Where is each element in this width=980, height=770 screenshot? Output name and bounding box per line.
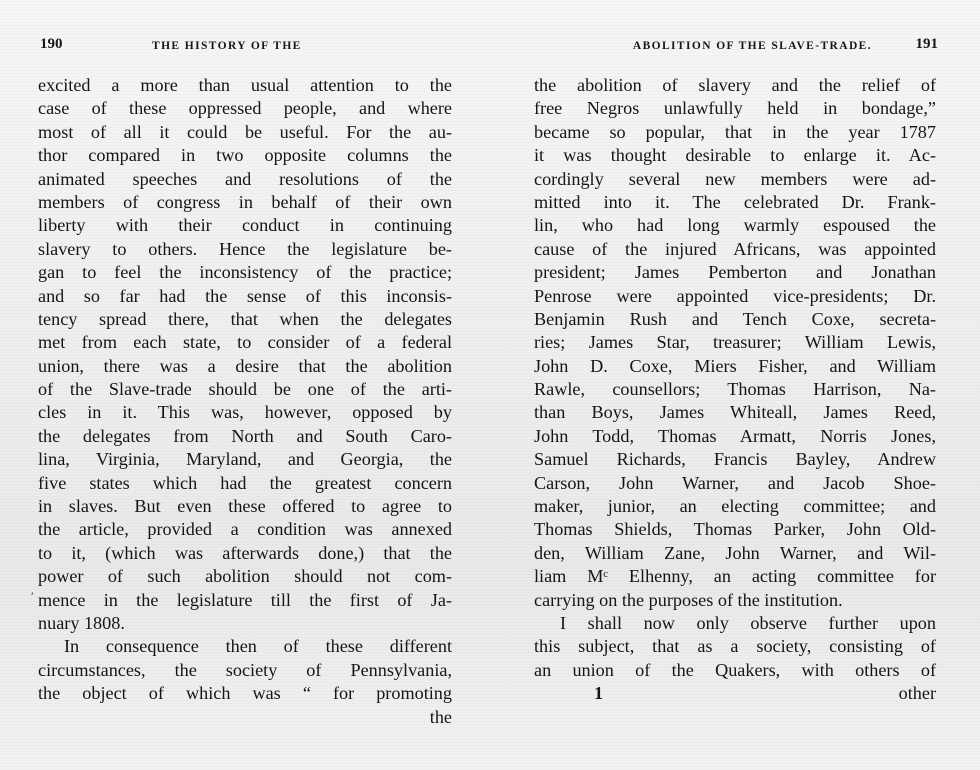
text-line: the delegates from North and South Caro-: [38, 425, 452, 448]
text-line: became so popular, that in the year 1787: [534, 121, 936, 144]
text-line: Thomas Shields, Thomas Parker, John Old-: [534, 518, 936, 541]
right-running-title: Abolition of the Slave-Trade.: [633, 40, 872, 52]
text-line: cause of the injured Africans, was appoi…: [534, 238, 936, 261]
text-line: and so far had the sense of this inconsi…: [38, 285, 452, 308]
catchword: the: [38, 706, 452, 729]
text-line: animated speeches and resolutions of the: [38, 168, 452, 191]
text-line: an union of the Quakers, with others of: [534, 659, 936, 682]
text-line: den, William Zane, John Warner, and Wil-: [534, 542, 936, 565]
text-line: Benjamin Rush and Tench Coxe, secreta-: [534, 308, 936, 331]
stray-ink-mark: ,: [30, 583, 38, 598]
text-line: the object of which was “ for promoting: [38, 682, 452, 705]
text-line: most of all it could be useful. For the …: [38, 121, 452, 144]
text-line: lina, Virginia, Maryland, and Georgia, t…: [38, 448, 452, 471]
right-body-text: the abolition of slavery and the relief …: [534, 74, 936, 706]
paragraph-start-line: In consequence then of these different: [38, 635, 452, 658]
text-line: Carson, John Warner, and Jacob Shoe-: [534, 472, 936, 495]
text-line: it was thought desirable to enlarge it. …: [534, 144, 936, 167]
text-line: members of congress in behalf of their o…: [38, 191, 452, 214]
text-line: maker, junior, an electing committee; an…: [534, 495, 936, 518]
left-page-number: 190: [40, 36, 63, 53]
text-line: union, there was a desire that the aboli…: [38, 355, 452, 378]
text-line: John Todd, Thomas Armatt, Norris Jones,: [534, 425, 936, 448]
right-running-head: Abolition of the Slave-Trade. 191: [528, 38, 938, 58]
text-line: mence in the legislature till the first …: [38, 589, 452, 612]
text-line: cles in it. This was, however, opposed b…: [38, 401, 452, 424]
text-line: Rawle, counsellors; Thomas Harrison, Na-: [534, 378, 936, 401]
text-line: Samuel Richards, Francis Bayley, Andrew: [534, 448, 936, 471]
right-page: Abolition of the Slave-Trade. 191 the ab…: [528, 0, 938, 770]
text-line: carrying on the purposes of the institut…: [534, 589, 936, 612]
text-line: cordingly several new members were ad-: [534, 168, 936, 191]
left-running-head: 190 The History of the: [38, 38, 448, 58]
text-line: excited a more than usual attention to t…: [38, 74, 452, 97]
text-line: nuary 1808.: [38, 612, 452, 635]
text-line: than Boys, James Whiteall, James Reed,: [534, 401, 936, 424]
text-line: to it, (which was afterwards done,) that…: [38, 542, 452, 565]
text-line: gan to feel the inconsistency of the pra…: [38, 261, 452, 284]
catchword: other: [899, 682, 936, 705]
text-line: president; James Pemberton and Jonathan: [534, 261, 936, 284]
text-line: power of such abolition should not com-: [38, 565, 452, 588]
text-line: of the Slave-trade should be one of the …: [38, 378, 452, 401]
text-line: slavery to others. Hence the legislature…: [38, 238, 452, 261]
book-spread: 190 The History of the excited a more th…: [0, 0, 980, 770]
text-line: thor compared in two opposite columns th…: [38, 144, 452, 167]
text-line: John D. Coxe, Miers Fisher, and William: [534, 355, 936, 378]
text-line: five states which had the greatest conce…: [38, 472, 452, 495]
text-line: case of these oppressed people, and wher…: [38, 97, 452, 120]
footer-row: 1 other: [534, 682, 936, 705]
text-line: Penrose were appointed vice-presidents; …: [534, 285, 936, 308]
text-line: liam Mᶜ Elhenny, an acting committee for: [534, 565, 936, 588]
text-line: met from each state, to consider of a fe…: [38, 331, 452, 354]
text-line: circumstances, the society of Pennsylvan…: [38, 659, 452, 682]
left-body-text: excited a more than usual attention to t…: [38, 74, 452, 729]
text-line: mitted into it. The celebrated Dr. Frank…: [534, 191, 936, 214]
text-line: tency spread there, that when the delega…: [38, 308, 452, 331]
signature-mark: 1: [534, 682, 603, 705]
text-line: liberty with their conduct in continuing: [38, 214, 452, 237]
text-line: ries; James Star, treasurer; William Lew…: [534, 331, 936, 354]
text-line: the abolition of slavery and the relief …: [534, 74, 936, 97]
text-line: free Negros unlawfully held in bondage,”: [534, 97, 936, 120]
text-line: in slaves. But even these offered to agr…: [38, 495, 452, 518]
paragraph-start-line: I shall now only observe further upon: [534, 612, 936, 635]
left-running-title: The History of the: [152, 40, 302, 52]
left-page: 190 The History of the excited a more th…: [38, 0, 448, 770]
text-line: lin, who had long warmly espoused the: [534, 214, 936, 237]
right-page-number: 191: [916, 36, 939, 53]
text-line: the article, provided a condition was an…: [38, 518, 452, 541]
text-line: this subject, that as a society, consist…: [534, 635, 936, 658]
